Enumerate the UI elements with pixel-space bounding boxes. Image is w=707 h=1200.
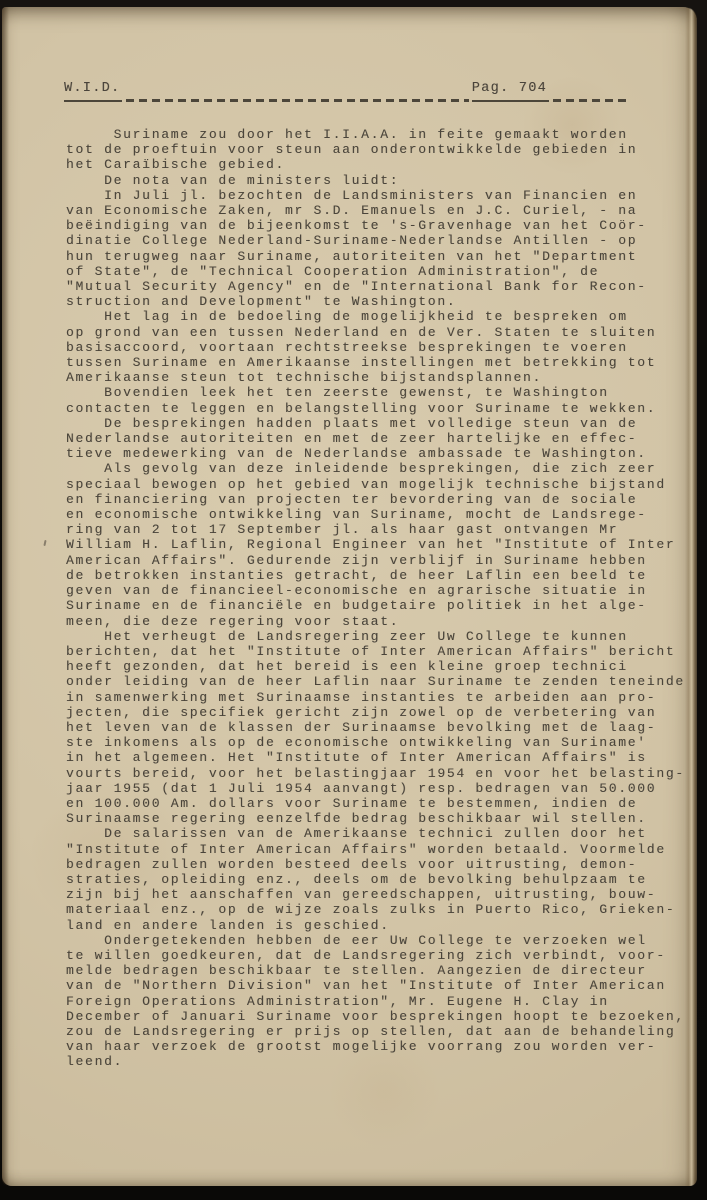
header-rule-dashes [126, 99, 468, 102]
stray-ink-mark [43, 540, 46, 546]
document-body-text: Suriname zou door het I.I.A.A. in feite … [66, 127, 685, 1070]
document-page: W.I.D. Pag. 704 Suriname zou door het I.… [2, 7, 697, 1186]
page-header: W.I.D. Pag. 704 [64, 81, 630, 102]
page-number: Pag. 704 [472, 81, 549, 102]
header-rule-dashes-tail [553, 99, 627, 102]
scan-background: { "header": { "journal_code": "W.I.D.", … [0, 0, 707, 1200]
journal-code: W.I.D. [64, 81, 122, 102]
